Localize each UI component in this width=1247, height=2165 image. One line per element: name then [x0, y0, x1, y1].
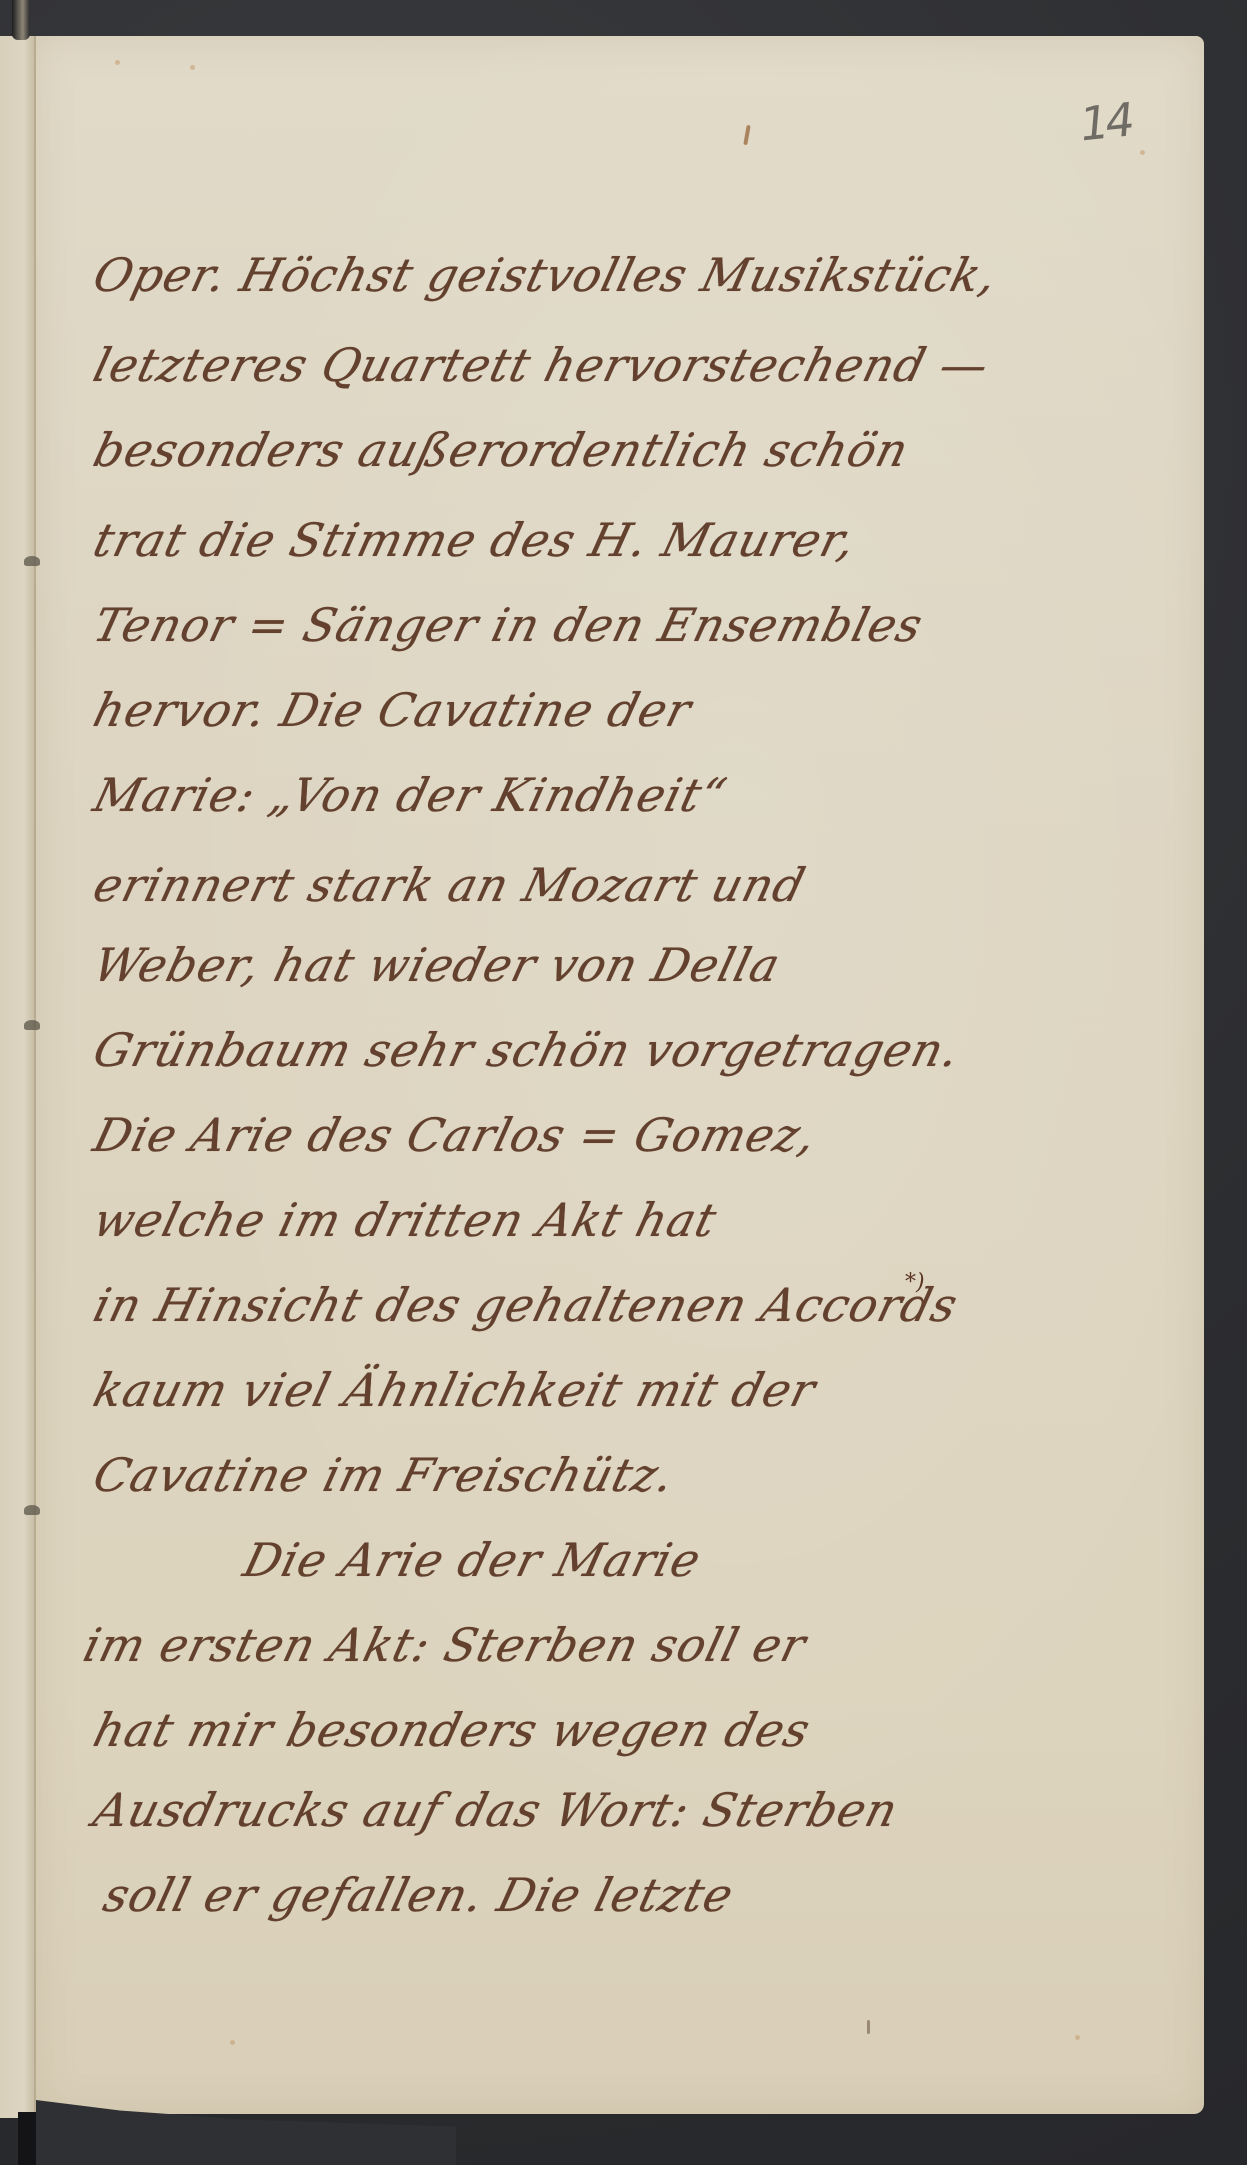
- ink-mark-bottom: [867, 2020, 870, 2034]
- folio-number: 14: [1077, 93, 1133, 152]
- binding-stitch: [24, 1020, 40, 1030]
- footnote-marker: *): [905, 1270, 925, 1295]
- manuscript-line: Die Arie der Marie: [238, 1530, 708, 1590]
- paper-speck: [230, 2040, 235, 2045]
- manuscript-line: besonders außerordentlich schön: [88, 420, 916, 480]
- manuscript-line: welche im dritten Akt hat: [88, 1190, 724, 1250]
- manuscript-line: Oper. Höchst geistvolles Musikstück,: [88, 245, 1004, 305]
- manuscript-line: Tenor = Sänger in den Ensembles: [88, 595, 930, 655]
- paper-speck: [1075, 2035, 1080, 2040]
- paper-speck: [1140, 150, 1145, 155]
- manuscript-line: soll er gefallen. Die letzte: [98, 1865, 741, 1925]
- manuscript-line: im ersten Akt: Sterben soll er: [78, 1615, 813, 1675]
- manuscript-line: letzteres Quartett hervorstechend —: [88, 335, 996, 395]
- manuscript-line: in Hinsicht des gehaltenen Accords: [88, 1275, 965, 1335]
- manuscript-line: hat mir besonders wegen des: [88, 1700, 817, 1760]
- manuscript-line: Die Arie des Carlos = Gomez,: [88, 1105, 824, 1165]
- manuscript-line: trat die Stimme des H. Maurer,: [88, 510, 863, 570]
- paper-speck: [190, 65, 195, 70]
- paper-speck: [115, 60, 120, 65]
- binding-spine-top: [12, 0, 30, 40]
- manuscript-line: kaum viel Ähnlichkeit mit der: [88, 1360, 823, 1420]
- manuscript-line: Weber, hat wieder von Della: [88, 935, 787, 995]
- manuscript-line: erinnert stark an Mozart und: [88, 855, 812, 915]
- binding-stitch: [24, 556, 40, 566]
- manuscript-line: Marie: „Von der Kindheit“: [88, 765, 734, 825]
- previous-page-edge: [0, 36, 36, 2118]
- manuscript-line: Ausdrucks auf das Wort: Sterben: [88, 1780, 905, 1840]
- binding-spine-bottom: [18, 2112, 38, 2165]
- binding-stitch: [24, 1505, 40, 1515]
- manuscript-line: Grünbaum sehr schön vorgetragen.: [88, 1020, 967, 1080]
- manuscript-line: Cavatine im Freischütz.: [88, 1445, 681, 1505]
- manuscript-line: hervor. Die Cavatine der: [88, 680, 698, 740]
